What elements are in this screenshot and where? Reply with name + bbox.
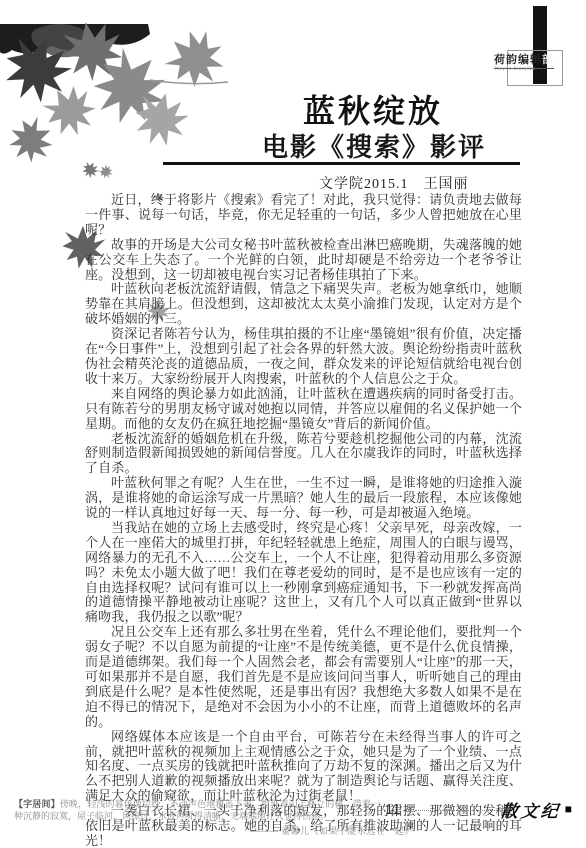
page-number: 11 — [385, 801, 401, 818]
article-paragraph: 当我站在她的立场上去感受时，终究是心疼！父亲早死，母亲改嫁，一个人在一座偌大的城… — [85, 521, 522, 625]
page-subtitle: 电影《搜索》影评 — [262, 127, 486, 164]
footer-note-attribution: ——— 童馨儿《如果不能永远在一起》 — [14, 824, 414, 837]
dotted-leader — [415, 810, 497, 811]
article-paragraph: 况且公交车上还有那么多壮男在坐着，凭什么不理论他们，要批判一个弱女子呢？不以自愿… — [85, 625, 522, 729]
department-label-on-bar: 部 — [542, 54, 554, 66]
guillemet-icon: « — [405, 801, 412, 817]
section-name: 散文纪 — [499, 797, 562, 822]
footer-page-strip: 11 « 散文纪 ■ — [385, 798, 572, 820]
footer-note-label: 【字居间】 — [14, 799, 60, 809]
article-paragraph: 资深记者陈若兮认为，杨佳琪拍摄的不让座“墨镜姐”很有价值，决定播在“今日事件”上… — [85, 327, 522, 387]
article-paragraph: 老板沈流舒的婚姻危机在升级，陈若兮要趁机挖掘他公司的内幕，沈流舒则制造假新闻损毁… — [85, 432, 522, 477]
footer-note-text: 傍晚，轻浅的暮色像层纱，不动声色地覆盖下来。窗外青山上林立的树，带着一种沉静的寂… — [14, 799, 380, 821]
magazine-page: 荷韵编辑部 Heyun bianjibu 蓝秋绽放 电影《搜索》影评 文学院20… — [0, 0, 586, 848]
article-paragraph: 近日，终于将影片《搜索》看完了！对此，我只觉得：请负责地去做每一件事、说每一句话… — [85, 193, 522, 238]
article-paragraph: 叶蓝秋向老板沈流舒请假，情急之下痛哭失声。老板为她拿纸巾，她顺势靠在其肩膀上。但… — [85, 282, 522, 327]
article-body: 近日，终于将影片《搜索》看完了！对此，我只觉得：请负责地去做每一件事、说每一句话… — [85, 193, 522, 848]
article-paragraph: 故事的开场是大公司女秘书叶蓝秋被检查出淋巴癌晚期，失魂落魄的她在公交车上失态了。… — [85, 238, 522, 283]
article-paragraph: 叶蓝秋何罪之有呢？人生在世，一生不过一瞬，是谁将她的归途推入漩涡，是谁将她的命运… — [85, 476, 522, 521]
article-paragraph: 网络媒体本应该是一个自由平台，可陈若兮在未经得当事人的许可之前，就把叶蓝秋的视频… — [85, 730, 522, 805]
title-rule — [163, 162, 520, 165]
department-sublabel: Heyun bianjibu — [495, 66, 535, 72]
footer-note: 【字居间】傍晚，轻浅的暮色像层纱，不动声色地覆盖下来。窗外青山上林立的树，带着一… — [14, 799, 380, 822]
article-paragraph: 来自网络的舆论暴力如此汹涌，让叶蓝秋在遭遇疾病的同时备受打击。只有陈若兮的男朋友… — [85, 387, 522, 432]
department-label-main: 荷韵编辑 — [494, 54, 542, 66]
page-title: 蓝秋绽放 — [303, 86, 443, 132]
maple-leaves-decoration — [0, 0, 320, 200]
black-square-icon: ■ — [565, 802, 572, 817]
byline: 文学院2015.1 王国丽 — [319, 173, 469, 193]
